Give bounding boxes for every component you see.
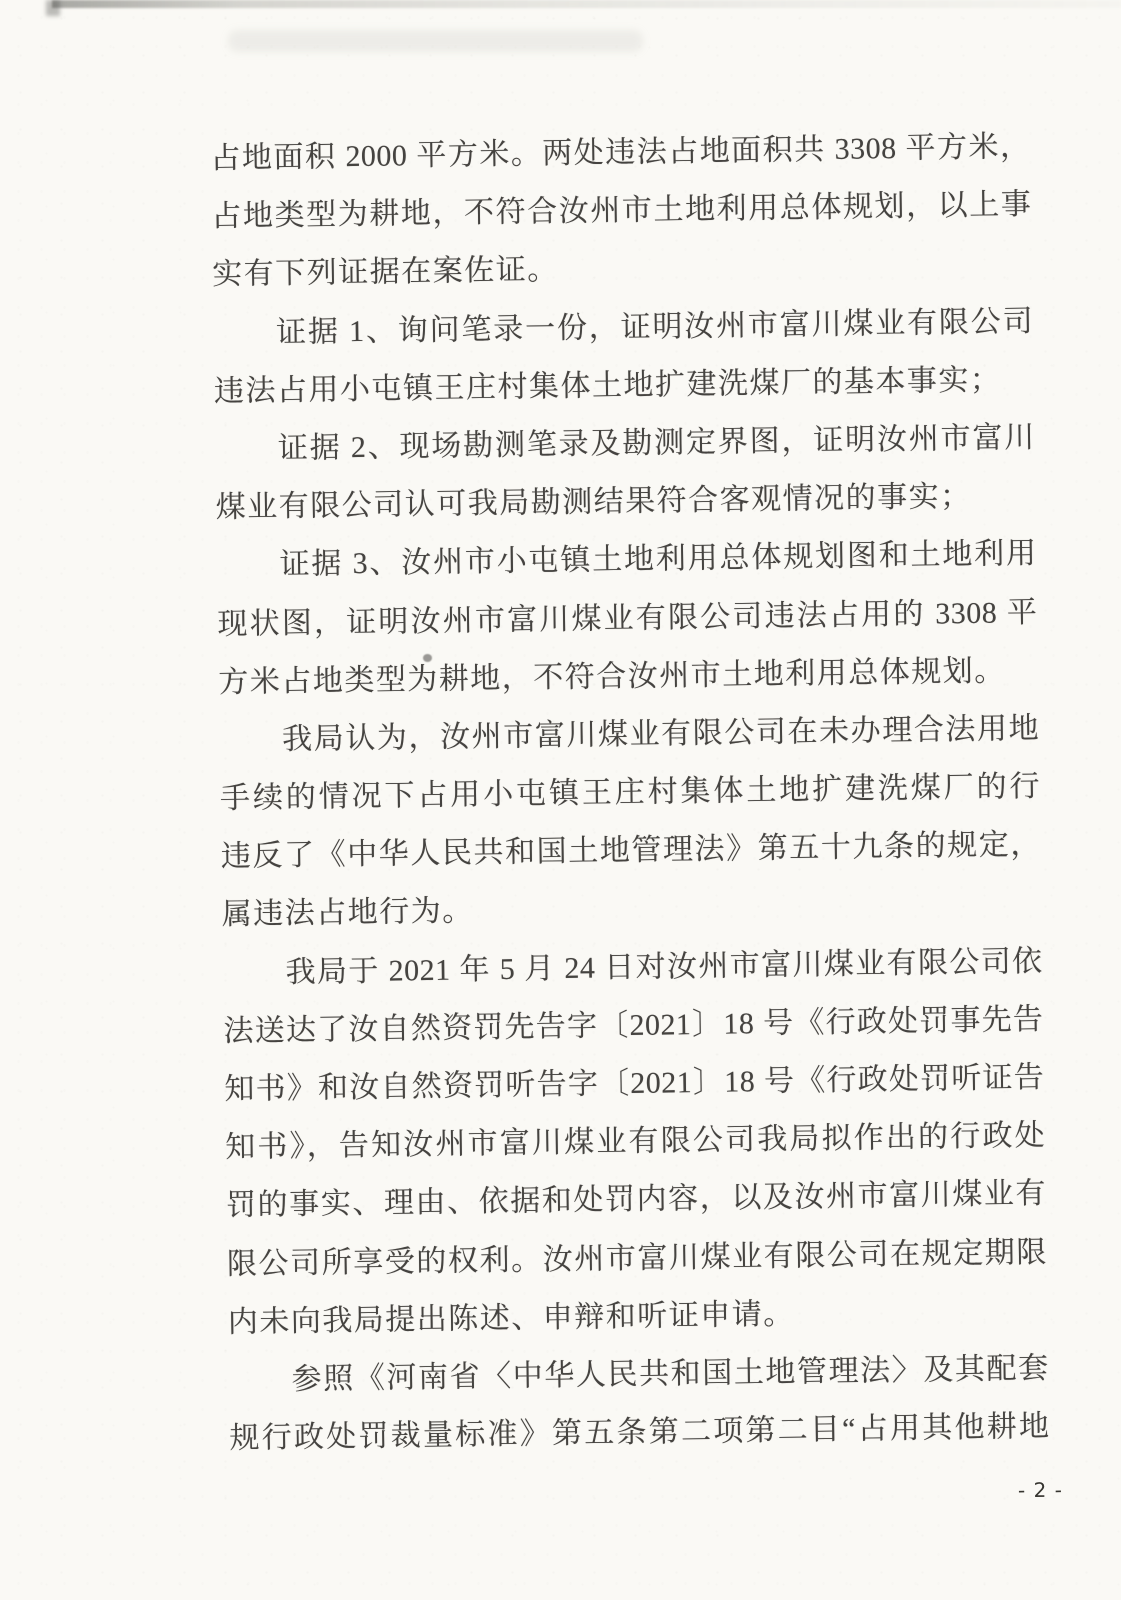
- document-body: 占地面积 2000 平方米。两处违法占地面积共 3308 平方米， 占地类型为耕…: [210, 118, 1050, 1468]
- text-line: 规行政处罚裁量标准》第五条第二项第二目“占用其他耕地: [229, 1398, 1050, 1468]
- scan-artifact-corner: [46, 0, 60, 16]
- scan-artifact-smudge: [228, 30, 643, 52]
- scanned-document-page: { "page": { "page_number": "- 2 -", "bac…: [0, 0, 1121, 1600]
- text-line: 限公司所享受的权利。汝州市富川煤业有限公司在规定期限: [227, 1223, 1048, 1293]
- page-number: - 2 -: [1018, 1478, 1063, 1502]
- scan-artifact-top-edge: [52, 0, 1121, 8]
